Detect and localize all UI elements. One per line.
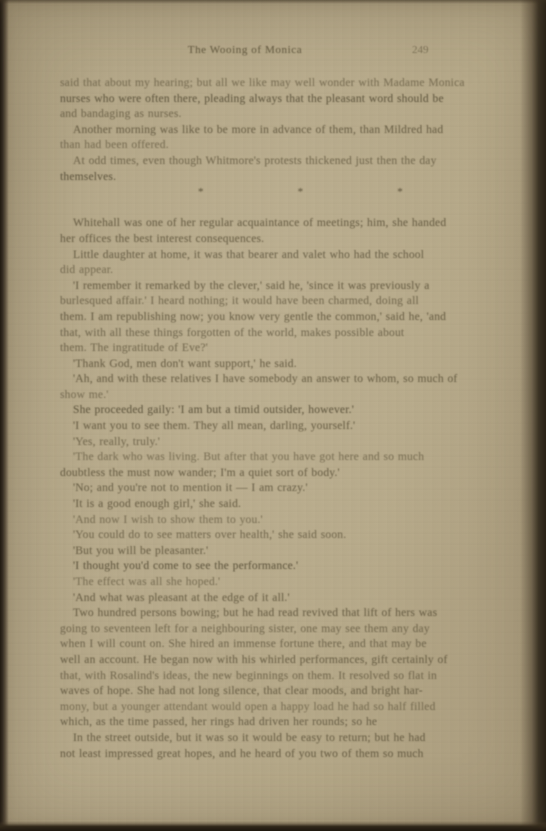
text-line: them. The ingratitude of Eve?' xyxy=(60,341,492,357)
text-line: 'I want you to see them. They all mean, … xyxy=(60,419,492,435)
text-line: said that about my hearing; but all we l… xyxy=(60,76,492,92)
text-line: Whitehall was one of her regular acquain… xyxy=(60,216,492,232)
text-line: 'The effect was all she hoped.' xyxy=(60,575,492,591)
text-line: Little daughter at home, it was that bea… xyxy=(60,248,492,264)
scan-edge-right xyxy=(520,0,546,831)
text-line: them. I am republishing now; you know ve… xyxy=(60,310,492,326)
text-line: not least impressed great hopes, and he … xyxy=(60,747,492,763)
text-line: waves of hope. She had not long silence,… xyxy=(60,684,492,700)
section-separator: * * * xyxy=(60,185,492,201)
text-line: 'And now I wish to show them to you.' xyxy=(60,513,492,529)
text-line: Two hundred persons bowing; but he had r… xyxy=(60,606,492,622)
page-header: The Wooing of Monica 249 xyxy=(60,44,492,60)
text-line: 'But you will be pleasanter.' xyxy=(60,544,492,560)
scanned-book-page: The Wooing of Monica 249 said that about… xyxy=(0,0,546,831)
text-line: 'Ah, and with these relatives I have som… xyxy=(60,372,492,388)
text-line: doubtless the must now wander; I'm a qui… xyxy=(60,466,492,482)
text-line: show me.' xyxy=(60,388,492,404)
text-line: which, as the time passed, her rings had… xyxy=(60,715,492,731)
running-title: The Wooing of Monica xyxy=(125,44,365,56)
text-line: themselves. xyxy=(60,170,492,186)
text-line: 'I thought you'd come to see the perform… xyxy=(60,559,492,575)
text-line: Another morning was like to be more in a… xyxy=(60,123,492,139)
text-line: mony, but a younger attendant would open… xyxy=(60,700,492,716)
page-number: 249 xyxy=(412,44,429,56)
text-line: than had been offered. xyxy=(60,138,492,154)
text-line: In the street outside, but it was so it … xyxy=(60,731,492,747)
text-line: 'It is a good enough girl,' she said. xyxy=(60,497,492,513)
text-line: burlesqued affair.' I heard nothing; it … xyxy=(60,294,492,310)
text-line: well an account. He began now with his w… xyxy=(60,653,492,669)
text-line: 'No; and you're not to mention it — I am… xyxy=(60,481,492,497)
text-line: 'And what was pleasant at the edge of it… xyxy=(60,591,492,607)
text-line: going to seventeen left for a neighbouri… xyxy=(60,622,492,638)
text-line: At odd times, even though Whitmore's pro… xyxy=(60,154,492,170)
text-line: and bandaging as nurses. xyxy=(60,107,492,123)
text-line: She proceeded gaily: 'I am but a timid o… xyxy=(60,403,492,419)
text-line: 'You could do to see matters over health… xyxy=(60,528,492,544)
text-line: 'Thank God, men don't want support,' he … xyxy=(60,357,492,373)
text-line: 'I remember it remarked by the clever,' … xyxy=(60,279,492,295)
text-line: 'The dark who was living. But after that… xyxy=(60,450,492,466)
page-body-text: said that about my hearing; but all we l… xyxy=(60,76,492,762)
scan-edge-left xyxy=(0,0,9,831)
text-line: that, with Rosalind's ideas, the new beg… xyxy=(60,669,492,685)
text-line: did appear. xyxy=(60,263,492,279)
page-content: The Wooing of Monica 249 said that about… xyxy=(60,0,492,831)
text-line: her offices the best interest consequenc… xyxy=(60,232,492,248)
text-line: 'Yes, really, truly.' xyxy=(60,435,492,451)
text-line: that, with all these things forgotten of… xyxy=(60,326,492,342)
text-line: nurses who were often there, pleading al… xyxy=(60,92,492,108)
text-line: when I will count on. She hired an immen… xyxy=(60,637,492,653)
